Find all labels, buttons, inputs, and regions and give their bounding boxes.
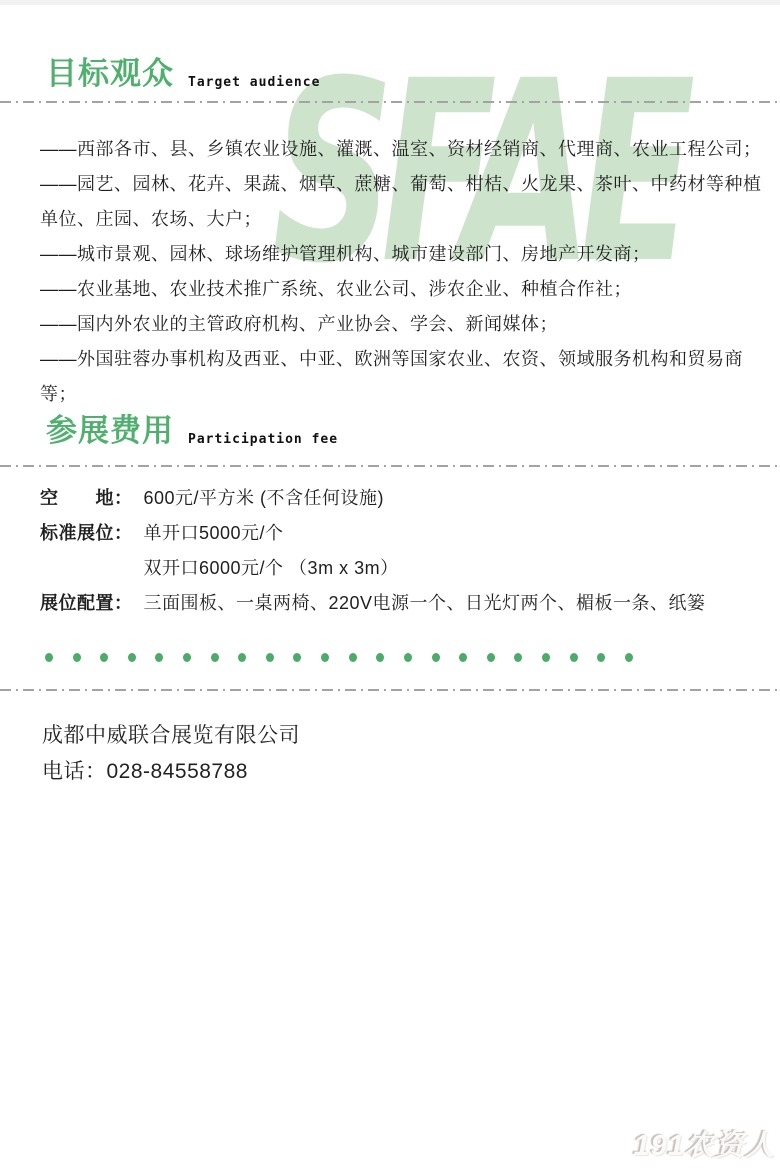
green-dot (625, 653, 633, 662)
green-dot (211, 653, 219, 662)
fee-label: 展位配置： (40, 586, 138, 621)
fee-list: 空 地： 600元/平方米 (不含任何设施) 标准展位： 单开口5000元/个 … (40, 481, 764, 621)
green-dot (597, 653, 605, 662)
green-dot (487, 653, 495, 662)
audience-item: ——农业基地、农业技术推广系统、农业公司、涉农企业、种植合作社； (40, 272, 770, 307)
green-dot (238, 653, 246, 662)
fee-value: 双开口6000元/个 （3m x 3m） (144, 558, 399, 578)
green-dot (514, 653, 522, 662)
fee-value: 三面围板、一桌两椅、220V电源一个、日光灯两个、楣板一条、纸篓 (144, 593, 706, 613)
green-dot (183, 653, 191, 662)
audience-item: ——国内外农业的主管政府机构、产业协会、学会、新闻媒体； (40, 307, 770, 342)
dashed-divider-middle (0, 465, 780, 467)
audience-item: ——西部各市、县、乡镇农业设施、灌溉、温室、资材经销商、代理商、农业工程公司； (40, 132, 770, 167)
green-dot (432, 653, 440, 662)
green-dot (100, 653, 108, 662)
fee-row-double-open-booth: 双开口6000元/个 （3m x 3m） (40, 551, 764, 586)
fee-value: 单开口5000元/个 (144, 523, 284, 543)
contact-block: 成都中威联合展览有限公司 电话：028-84558788 (42, 718, 300, 790)
green-dot (45, 653, 53, 662)
green-dot (155, 653, 163, 662)
fee-section-title: 参展费用 (46, 412, 174, 451)
fee-section-header: 参展费用 Participation fee (46, 412, 338, 451)
fee-row-booth-config: 展位配置： 三面围板、一桌两椅、220V电源一个、日光灯两个、楣板一条、纸篓 (40, 586, 764, 621)
fee-label: 空 地： (40, 481, 138, 516)
green-dot (404, 653, 412, 662)
flyer-page: SFAE 目标观众 Target audience ——西部各市、县、乡镇农业设… (0, 0, 780, 1170)
fee-row-open-ground: 空 地： 600元/平方米 (不含任何设施) (40, 481, 764, 516)
audience-item: ——园艺、园林、花卉、果蔬、烟草、蔗糖、葡萄、柑桔、火龙果、茶叶、中药材等种植单… (40, 167, 770, 237)
green-dot (266, 653, 274, 662)
brand-watermark: 191农资人 (634, 1123, 775, 1164)
green-dot (376, 653, 384, 662)
audience-section-subtitle: Target audience (188, 75, 320, 94)
phone-line: 电话：028-84558788 (42, 754, 300, 790)
audience-item: ——城市景观、园林、球场维护管理机构、城市建设部门、房地产开发商； (40, 237, 770, 272)
green-dot (321, 653, 329, 662)
dots-divider (45, 653, 633, 662)
green-dot (542, 653, 550, 662)
green-dot (570, 653, 578, 662)
company-name: 成都中威联合展览有限公司 (42, 718, 300, 754)
audience-item: ——外国驻蓉办事机构及西亚、中亚、欧洲等国家农业、农资、领域服务机构和贸易商等； (40, 342, 770, 412)
page-top-edge (0, 0, 780, 5)
fee-label: 标准展位： (40, 516, 138, 551)
green-dot (73, 653, 81, 662)
fee-row-standard-booth: 标准展位： 单开口5000元/个 (40, 516, 764, 551)
audience-section-title: 目标观众 (46, 55, 174, 94)
green-dot (349, 653, 357, 662)
fee-value: 600元/平方米 (不含任何设施) (144, 488, 385, 508)
fee-section-subtitle: Participation fee (188, 432, 338, 451)
dashed-divider-bottom (0, 689, 780, 691)
green-dot (459, 653, 467, 662)
green-dot (293, 653, 301, 662)
audience-list: ——西部各市、县、乡镇农业设施、灌溉、温室、资材经销商、代理商、农业工程公司； … (40, 132, 770, 412)
audience-section-header: 目标观众 Target audience (46, 55, 320, 94)
dashed-divider-top (0, 101, 780, 103)
green-dot (128, 653, 136, 662)
